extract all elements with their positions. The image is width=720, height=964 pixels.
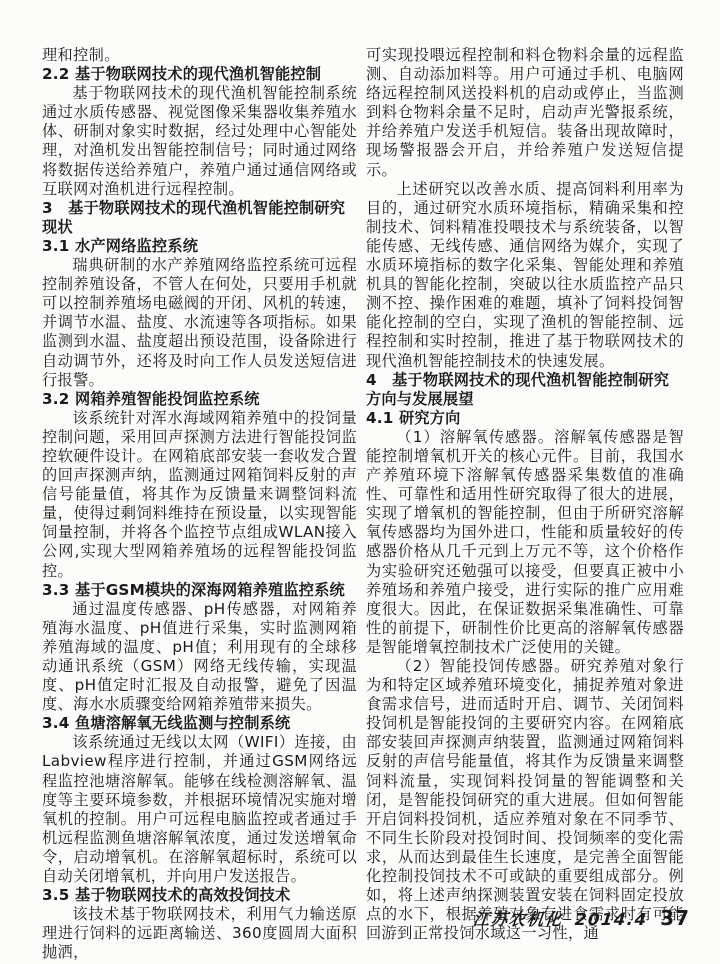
section-heading-3-3: 3.3 基于GSM模块的深海网箱养殖监控系统 [42, 581, 357, 600]
section-heading-3-5: 3.5 基于物联网技术的高效投饲技术 [42, 886, 357, 905]
paragraph-gsm-deepsea-monitor: 通过温度传感器、pH传感器，对网箱养殖海水温度、pH值进行采集，实时监测网箱养殖… [42, 600, 357, 715]
paragraph-iot-fishery-control: 基于物联网技术的现代渔机智能控制系统通过水质传感器、视觉图像采集器收集养殖水体、… [42, 84, 357, 199]
paragraph-aquatic-network-monitor: 瑞典研制的水产养殖网络监控系统可远程控制养殖设备，不管人在何处，只要用手机就可以… [42, 256, 357, 390]
section-heading-3-4: 3.4 鱼塘溶解氧无线监测与控制系统 [42, 714, 357, 733]
paragraph-research-summary: 上述研究以改善水质、提高饲料利用率为目的，通过研究水质环境指标，精确采集和控制技… [366, 180, 684, 371]
page-footer: 江苏农机化 2014.4 37 [473, 906, 690, 930]
left-column: 理和控制。 2.2 基于物联网技术的现代渔机智能控制 基于物联网技术的现代渔机智… [42, 46, 357, 963]
section-heading-4-1: 4.1 研究方向 [366, 409, 684, 428]
journal-page: 理和控制。 2.2 基于物联网技术的现代渔机智能控制 基于物联网技术的现代渔机智… [0, 0, 720, 964]
journal-name: 江苏农机化 [472, 906, 565, 930]
paragraph-dissolved-oxygen-system: 该系统通过无线以太网（WIFI）连接，由Labview程序进行控制，并通过GSM… [42, 733, 357, 886]
paragraph-cage-feeding-monitor: 该系统针对浑水海域网箱养殖中的投饲量控制问题，采用回声探测方法进行智能投饲监控软… [42, 409, 357, 581]
section-heading-3-1: 3.1 水产网络监控系统 [42, 237, 357, 256]
paragraph-feeding-continuation: 可实现投喂远程控制和料仓物料余量的远程监测、自动添加料等。用户可通过手机、电脑网… [366, 46, 684, 180]
section-heading-3-2: 3.2 网箱养殖智能投饲监控系统 [42, 390, 357, 409]
paragraph-do-sensor-research: （1）溶解氧传感器。溶解氧传感器是智能控制增氧机开关的核心元件。目前，我国水产养… [366, 428, 684, 657]
issue-number: 2014.4 [574, 910, 649, 929]
paragraph-smart-feeding-sensor: （2）智能投饲传感器。研究养殖对象行为和特定区域养殖环境变化，捕捉养殖对象进食需… [366, 657, 684, 943]
right-column: 可实现投喂远程控制和料仓物料余量的远程监测、自动添加料等。用户可通过手机、电脑网… [366, 46, 684, 943]
paragraph-continuation-top: 理和控制。 [42, 46, 357, 65]
section-heading-2-2: 2.2 基于物联网技术的现代渔机智能控制 [42, 65, 357, 84]
page-number: 37 [660, 906, 690, 930]
section-heading-4: 4 基于物联网技术的现代渔机智能控制研究方向与发展展望 [366, 371, 684, 409]
paragraph-efficient-feeding: 该技术基于物联网技术，利用气力输送原理进行饲料的远距离输送、360度圆周大面积抛… [42, 905, 357, 962]
section-heading-3: 3 基于物联网技术的现代渔机智能控制研究现状 [42, 199, 357, 237]
